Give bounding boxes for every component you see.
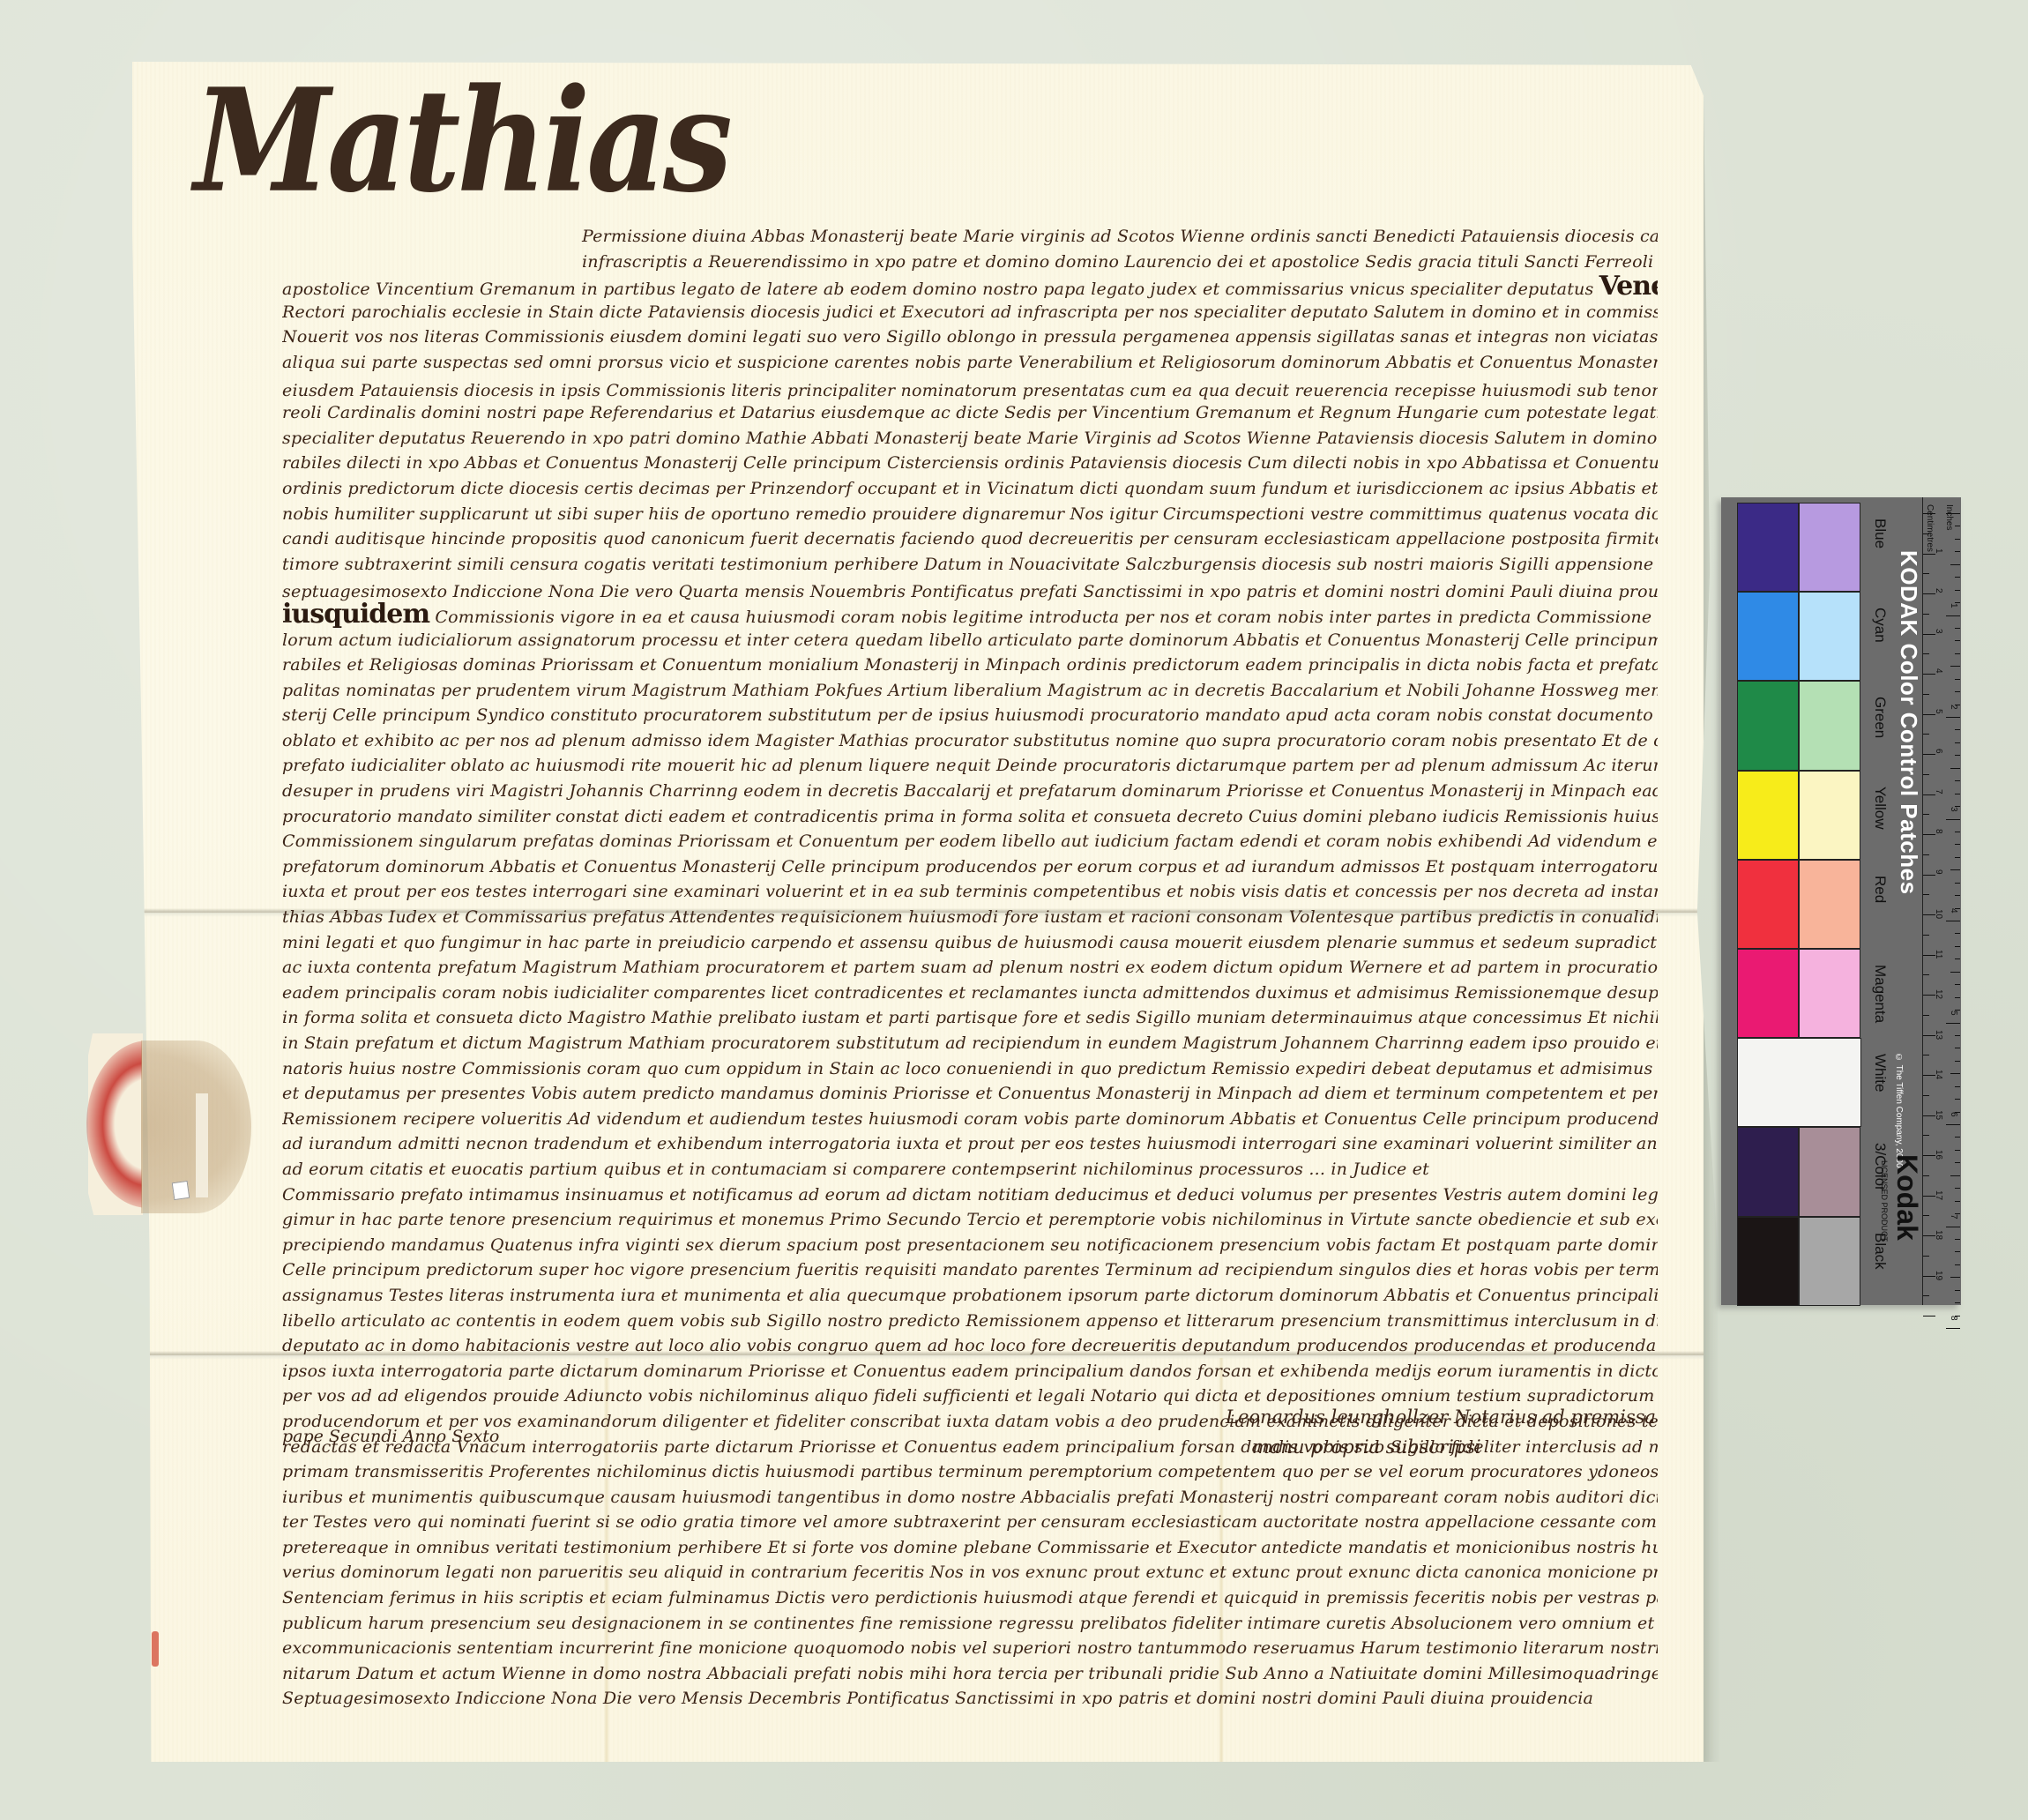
charter-text-line: prefato iudicialiter oblato ac huiusmodi… [282,753,1658,779]
charter-text-line: rabiles et Religiosas dominas Priorissam… [282,653,1658,678]
charter-text-line: infrascriptis a Reuerendissimo in xpo pa… [282,250,1658,275]
charter-text-line: et deputamus per presentes Vobis autem p… [282,1081,1658,1107]
charter-text-line: aliqua sui parte suspectas sed omni pror… [282,350,1658,376]
ruler-cm-label: 4 [1934,668,1943,674]
charter-text-line: gimur in hac parte tenore presencium req… [282,1207,1658,1233]
ruler-tick [1955,857,1960,858]
licensed-product-text: LICENSED PRODUCT [1880,1160,1889,1242]
ruler-tick [1923,674,1935,675]
charter-text-body: Permissione diuina Abbas Monasterij beat… [282,160,1658,1712]
ruler-unit-centimetres: Centimetres [1925,504,1935,552]
ruler-inch-label: 8 [1949,1316,1958,1321]
ruler-tick [1946,717,1960,718]
kodak-logo: Kodak [1890,1154,1923,1241]
charter-text-line: ter Testes vero qui nominati fuerint si … [282,1510,1658,1535]
ruler-tick [1955,933,1960,934]
kodak-color-control-card: BlueCyanGreenYellowRedMagentaWhite3/Colo… [1721,497,1961,1305]
ruler-tick [1955,1048,1960,1048]
ruler-tick [1923,754,1935,755]
charter-text-line: natoris huius nostre Commissionis coram … [282,1056,1658,1082]
ruler-cm-label: 11 [1934,950,1943,958]
ruler-tick [1955,883,1960,884]
notary-signature-line1: Leonardus leunghollzer Notarius ad premi… [1226,1402,1656,1432]
charter-text-line: ac iuxta contenta prefatum Magistrum Mat… [282,955,1658,981]
color-patch-green-light [1799,681,1860,770]
notary-signature: Leonardus leunghollzer Notarius ad premi… [1226,1402,1656,1462]
charter-text-line: ipsos iuxta interrogatoria parte dictaru… [282,1359,1658,1384]
ruler-tick [1946,615,1960,616]
ruler-tick [1950,1175,1960,1176]
ruler-tick [1955,895,1960,896]
charter-text-line: publicum harum presencium seu designacio… [282,1611,1658,1637]
charter-text-line: desuper in prudens viri Magistri Johanni… [282,779,1658,804]
ruler-tick [1923,774,1929,775]
charter-text-line: eiusdem Patauiensis diocesis in ipsis Co… [282,376,1658,401]
ruler-tick [1923,513,1935,514]
ruler-tick [1955,780,1960,781]
ruler-cm-label: 13 [1934,1030,1943,1040]
ruler-tick [1923,734,1929,735]
ruler-tick [1950,564,1960,565]
ruler-tick [1955,1290,1960,1291]
patch-label: Green [1862,697,1889,738]
ruler-tick [1955,1035,1960,1036]
measurement-ruler: Inches Centimetres 123456789101112131415… [1922,497,1960,1305]
ruler-inch-label: 7 [1949,1214,1958,1220]
ruler-tick [1955,551,1960,552]
charter-text-line: oblato et exhibito ac per nos ad plenum … [282,728,1658,754]
ruler-tick [1955,1137,1960,1137]
ruler-tick [1946,819,1960,820]
charter-text-line: septuagesimosexto Indiccione Nona Die ve… [282,577,1658,602]
charter-text-line: mini legati et quo fungimur in hac parte… [282,930,1658,956]
charter-text-line: rabiles dilecti in xpo Abbas et Conuentu… [282,451,1658,476]
charter-text-line: Sentenciam ferimus in hiis scriptis et e… [282,1585,1658,1611]
patch-label: Magenta [1862,965,1889,1023]
ruler-cm-label: 5 [1934,709,1943,714]
charter-text-line: apostolice Vincentium Gremanum in partib… [282,274,1658,300]
charter-text-line: in forma solita et consueta dicto Magist… [282,1005,1658,1031]
ruler-tick [1955,1302,1960,1303]
ruler-inch-label: 6 [1949,1112,1958,1117]
patch-label: Cyan [1862,608,1889,643]
ruler-tick [1955,628,1960,629]
charter-text-line: thias Abbas Iudex et Commissarius prefat… [282,905,1658,930]
ruler-cm-label: 16 [1934,1150,1943,1160]
ruler-tick [1923,593,1935,594]
ruler-tick [1923,1215,1929,1216]
ruler-tick [1950,972,1960,973]
charter-text-line: Remissionem recipere volueritis Ad viden… [282,1107,1658,1132]
charter-text-line: iuxta et prout per eos testes interrogar… [282,879,1658,905]
ruler-tick [1923,714,1935,715]
ruler-tick [1955,526,1960,526]
notary-signature-line2: manu propria subscripsi [1226,1432,1656,1462]
color-patch-black-light [1799,1217,1860,1306]
ruler-tick [1946,921,1960,921]
ruler-inch-label: 5 [1949,1011,1958,1016]
ruler-tick [1955,1099,1960,1100]
ruler-tick [1955,984,1960,985]
charter-text-line: in Stain prefatum et dictum Magistrum Ma… [282,1031,1658,1056]
charter-text-line: iusquidem Commissionis vigore in ea et c… [282,602,1658,628]
ruler-tick [1923,554,1935,555]
ruler-inch-label: 2 [1949,705,1958,710]
ruler-tick [1950,1277,1960,1278]
ruler-tick [1955,590,1960,591]
ruler-tick [1946,513,1960,514]
ruler-cm-label: 1 [1934,548,1943,554]
ruler-tick [1923,1295,1929,1296]
highlighted-word: iusquidem [282,602,429,628]
ruler-tick [1955,577,1960,578]
ruler-cm-label: 14 [1934,1070,1943,1079]
charter-text-line: Nouerit vos nos literas Commissionis eiu… [282,324,1658,350]
ruler-cm-label: 15 [1934,1110,1943,1120]
ruler-tick [1923,1316,1935,1317]
ruler-tick [1955,1201,1960,1202]
ruler-tick [1955,640,1960,641]
ruler-tick [1923,694,1929,695]
charter-text-line: candi auditisque hincinde propositis quo… [282,526,1658,552]
ruler-inch-label: 1 [1949,603,1958,608]
ruler-cm-label: 19 [1934,1271,1943,1280]
ruler-tick [1955,742,1960,743]
color-patch-magenta-light [1799,949,1860,1038]
highlighted-word: Venerabili [1599,274,1658,300]
patch-label: Red [1862,876,1889,903]
ruler-tick [1955,997,1960,998]
charter-text-line: nobis humiliter supplicarunt ut sibi sup… [282,502,1658,527]
ruler-tick [1950,768,1960,769]
wax-residue [152,1631,159,1667]
ruler-tick [1946,1124,1960,1125]
ruler-tick [1923,794,1935,795]
color-patch-cyan-light [1799,592,1860,681]
charter-text-line: verius dominorum legati non parueritis s… [282,1560,1658,1585]
ruler-tick [1955,844,1960,845]
ruler-tick [1955,679,1960,680]
charter-text-line: excommunicacionis sententiam incurrerint… [282,1636,1658,1661]
charter-text-line: primam transmisseritis Proferentes nichi… [282,1459,1658,1485]
charter-text-line: prefatorum dominorum Abbatis et Conuentu… [282,854,1658,880]
ruler-cm-label: 17 [1934,1190,1943,1200]
charter-text-line: timore subtraxerint simili censura cogat… [282,552,1658,578]
ruler-tick [1923,1015,1929,1016]
ruler-tick [1923,854,1929,855]
charter-text-line: sterij Celle principum Syndico constitut… [282,703,1658,728]
card-title: KODAK Color Control Patches [1894,550,1922,1079]
seal-slit [196,1093,208,1197]
ruler-tick [1955,691,1960,692]
color-patch-cyan-dark [1737,592,1799,681]
ruler-cm-label: 10 [1934,909,1943,919]
ruler-tick [1923,875,1935,876]
ruler-tick [1955,729,1960,730]
light-patch-column [1799,503,1860,1306]
dark-patch-column [1737,503,1799,1306]
color-patch-blue-dark [1737,503,1799,592]
ruler-cm-label: 6 [1934,749,1943,754]
ruler-tick [1955,832,1960,832]
color-patch-red-light [1799,860,1860,949]
charter-text-line: Rectori parochialis ecclesie in Stain di… [282,300,1658,325]
ruler-tick [1946,1328,1960,1329]
charter-text-line: deputato ac in domo habitacionis vestre … [282,1333,1658,1359]
charter-text-line: Commissario prefato intimamus insinuamus… [282,1182,1658,1208]
ruler-tick [1955,1086,1960,1087]
color-patch-red-dark [1737,860,1799,949]
ruler-unit-inches: Inches [1944,504,1954,530]
ruler-tick [1950,1073,1960,1074]
color-patch-3-color-dark [1737,1127,1799,1216]
charter-text-line: ad iurandum admitti necnon tradendum et … [282,1131,1658,1157]
ruler-tick [1923,1135,1929,1136]
charter-text-line: Celle principum predictorum super hoc vi… [282,1257,1658,1283]
patch-label: Blue [1862,518,1889,548]
charter-text-line: iuribus et munimentis quibuscumque causa… [282,1485,1658,1510]
ruler-inch-label: 4 [1949,908,1958,914]
ruler-tick [1946,1023,1960,1024]
charter-text-line: Permissione diuina Abbas Monasterij beat… [282,224,1658,250]
ruler-cm-label: 8 [1934,829,1943,834]
ruler-tick [1955,1251,1960,1252]
ruler-tick [1923,573,1929,574]
charter-text-line: ad eorum citatis et euocatis partium qui… [282,1157,1658,1182]
charter-closing-line: pape Secundi Anno Sexto [282,1427,499,1446]
ruler-tick [1923,1175,1929,1176]
color-patch-yellow-dark [1737,771,1799,860]
charter-text-line: libello articulato ac contentis in eodem… [282,1309,1658,1334]
ruler-cm-label: 9 [1934,869,1943,875]
ruler-tick [1923,894,1929,895]
ruler-tick [1923,634,1935,635]
charter-text-line: reoli Cardinalis domini nostri pape Refe… [282,400,1658,426]
charter-text-line: precipiendo mandamus Quatenus infra vigi… [282,1233,1658,1258]
color-patch-black-dark [1737,1217,1799,1306]
ruler-tick [1955,539,1960,540]
color-patch-green-dark [1737,681,1799,770]
charter-text-line: ordinis predictorum dicte diocesis certi… [282,476,1658,502]
ruler-tick [1955,1061,1960,1062]
ruler-tick [1923,614,1929,615]
ruler-tick [1923,834,1935,835]
ruler-tick [1955,755,1960,756]
color-patch-3-color-light [1799,1127,1860,1216]
ruler-cm-label: 7 [1934,789,1943,794]
ruler-tick [1955,653,1960,654]
color-patch-yellow-light [1799,771,1860,860]
ruler-tick [1955,794,1960,794]
ruler-cm-label: 12 [1934,989,1943,999]
patch-label: White [1862,1054,1889,1092]
charter-text-line: palitas nominatas per prudentem virum Ma… [282,678,1658,704]
ruler-tick [1955,1162,1960,1163]
parchment-charter: Mathias Permissione diuina Abbas Monaste… [132,62,1704,1762]
ruler-tick [1923,814,1929,815]
charter-text-line: specialiter deputatus Reuerendo in xpo p… [282,426,1658,451]
ruler-tick [1955,946,1960,947]
charter-text-line: nitarum Datum et actum Wienne in domo no… [282,1661,1658,1687]
ruler-tick [1923,533,1929,534]
ruler-tick [1923,935,1929,936]
ruler-tick [1923,974,1929,975]
seal-paper-tab [172,1181,190,1200]
patch-label: Yellow [1862,787,1889,830]
ruler-cm-label: 18 [1934,1230,1943,1240]
ruler-tick [1923,1095,1929,1096]
ruler-inch-label: 3 [1949,807,1958,812]
color-patch-blue-light [1799,503,1860,592]
ruler-tick [1946,1227,1960,1227]
ruler-tick [1923,653,1929,654]
charter-text-line: Septuagesimosexto Indiccione Nona Die ve… [282,1686,1658,1712]
ruler-tick [1955,1188,1960,1189]
ruler-tick [1955,1150,1960,1151]
ruler-tick [1923,1055,1929,1055]
charter-text-line: lorum actum iudicialiorum assignatorum p… [282,628,1658,653]
ruler-tick [1923,1256,1929,1257]
ruler-cm-label: 3 [1934,629,1943,634]
charter-text-line: eadem principalis coram nobis iudicialit… [282,981,1658,1006]
charter-text-line: pretereaque in omnibus veritati testimon… [282,1535,1658,1561]
charter-text-line: Commissionem singularum prefatas dominas… [282,829,1658,854]
ruler-tick [1955,1264,1960,1265]
ruler-tick [1950,869,1960,870]
ruler-tick [1950,666,1960,667]
card-copyright: © The Tiffen Company, 2000 [1894,1053,1904,1168]
ruler-cm-label: 2 [1934,588,1943,593]
color-patch-magenta-dark [1737,949,1799,1038]
charter-text-line: assignamus Testes literas instrumenta iu… [282,1283,1658,1309]
ruler-tick [1955,958,1960,959]
charter-text-line: procuratorio mandato similiter constat d… [282,804,1658,830]
ruler-tick [1955,1239,1960,1240]
